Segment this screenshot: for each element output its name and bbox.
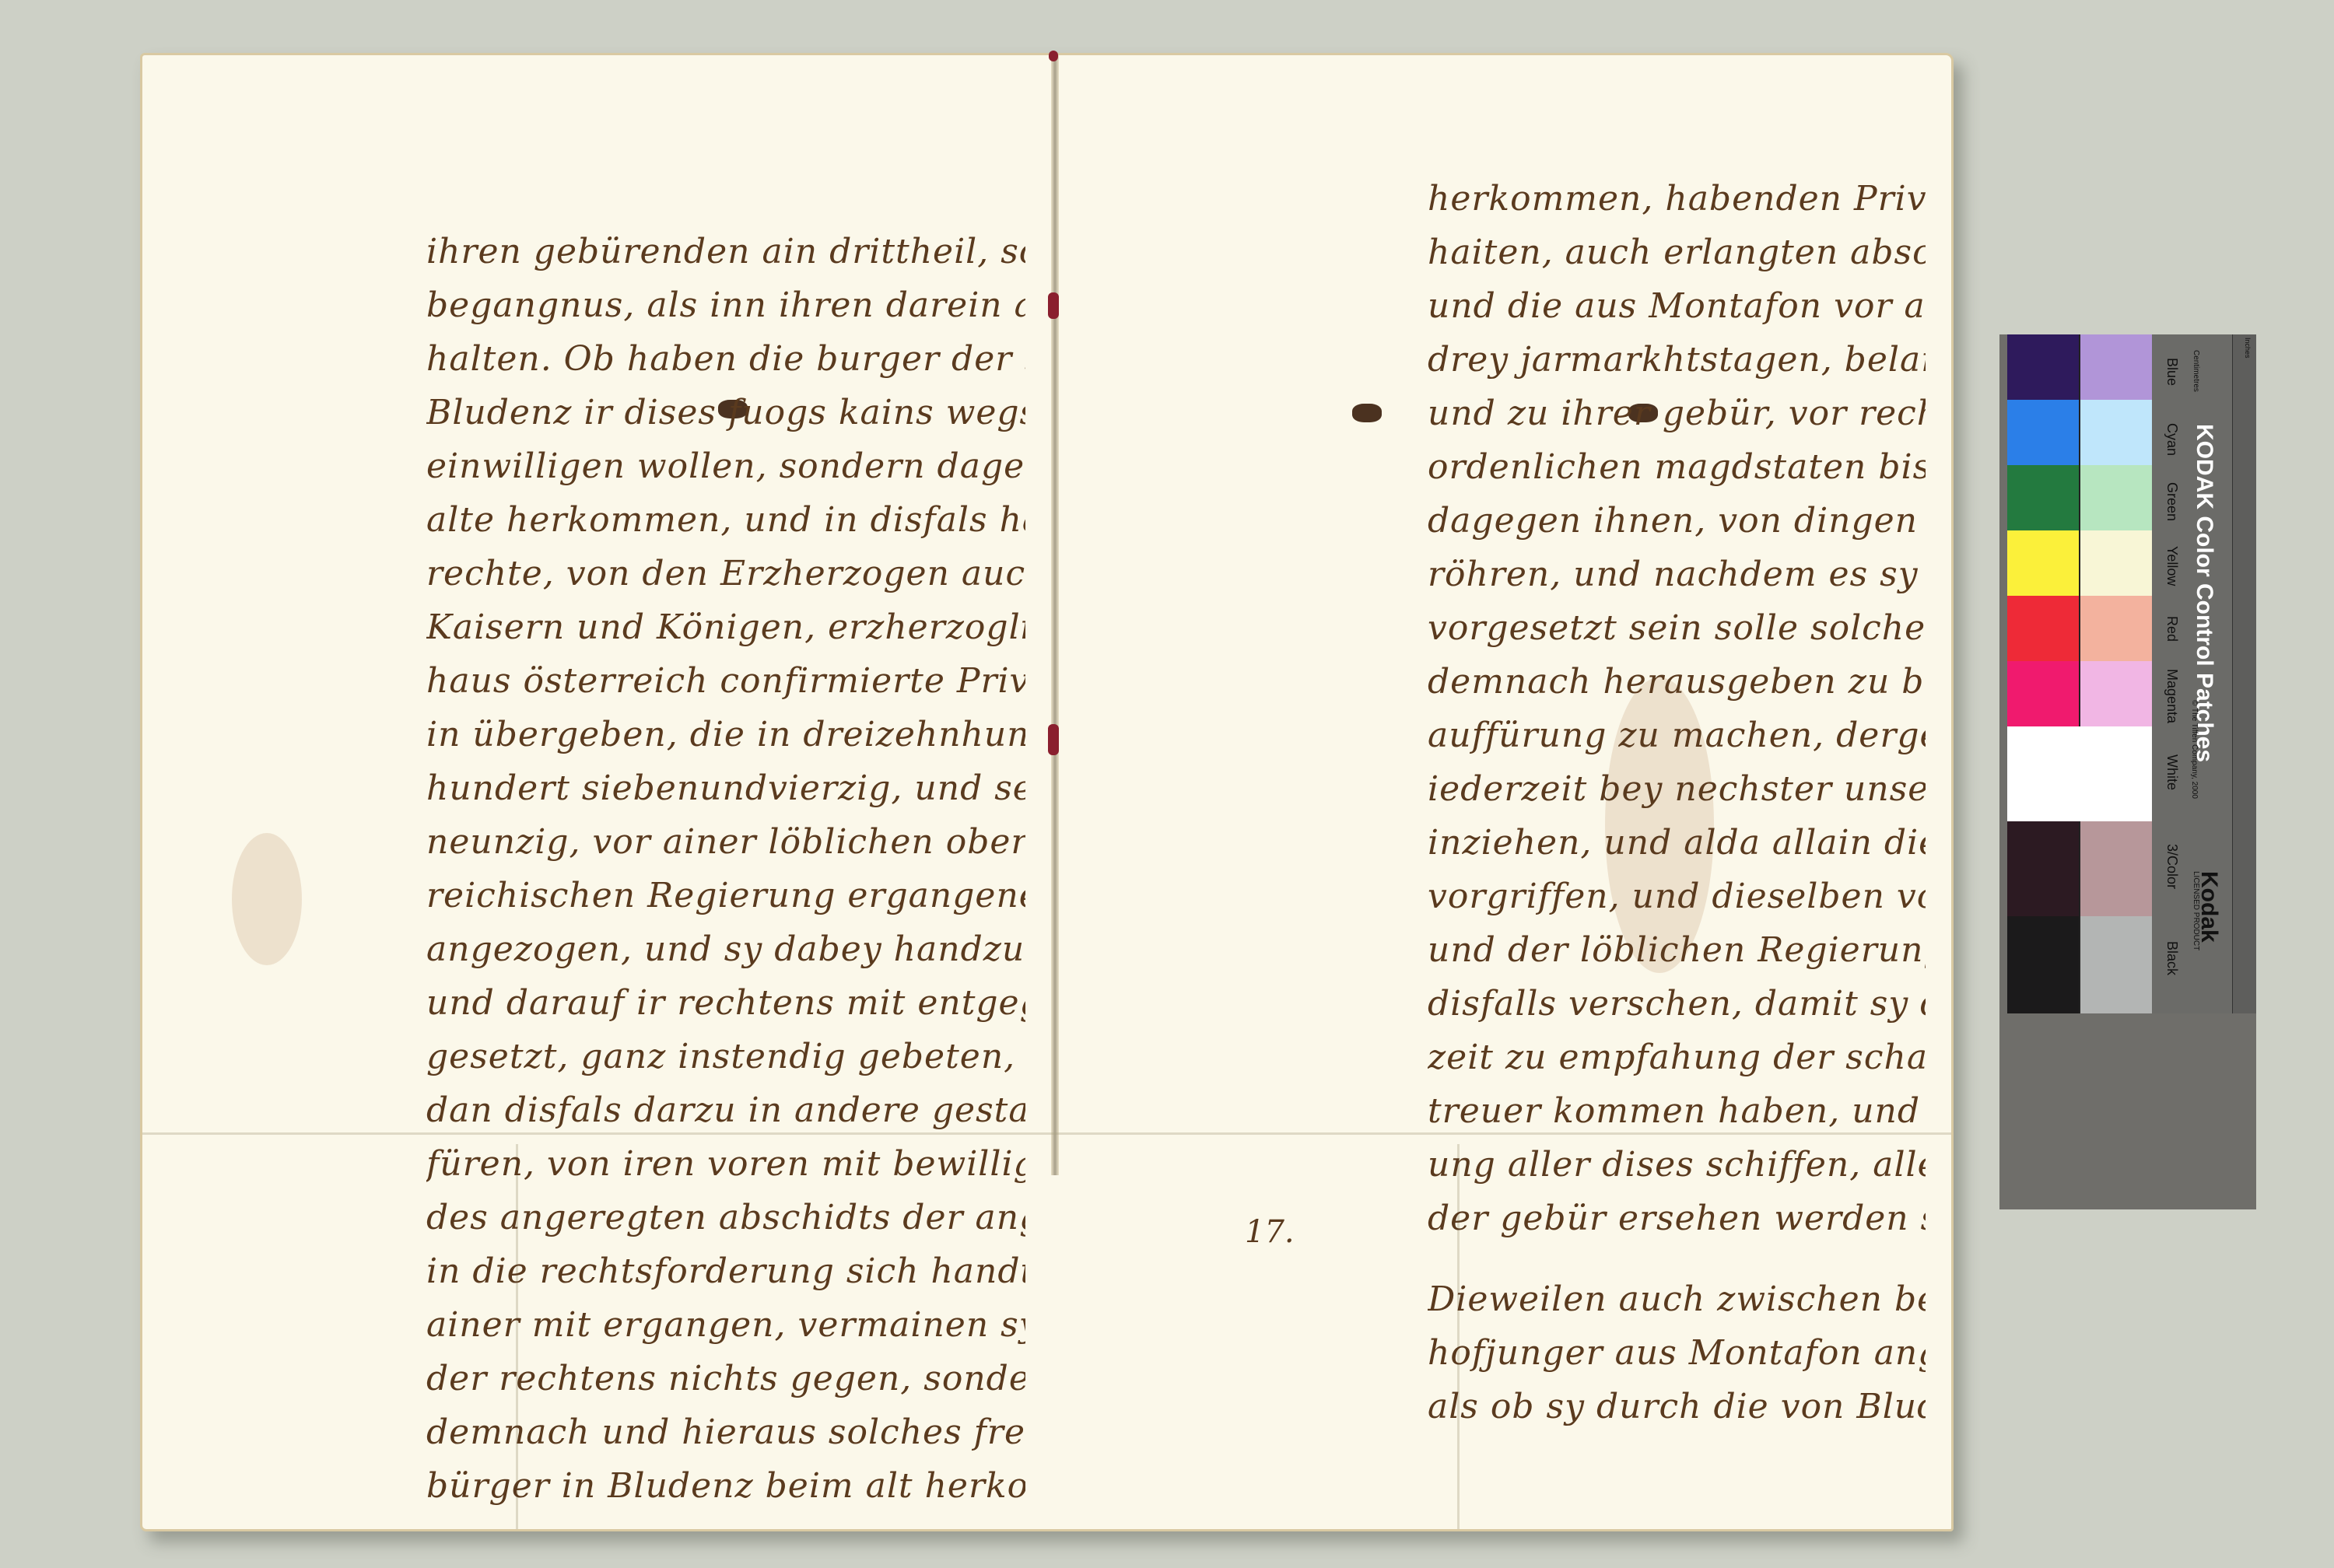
patch-red-light <box>2080 596 2152 661</box>
left-page-text: ihren gebürenden ain drittheil, sowol si… <box>426 225 1025 1513</box>
text-line: vorgriffen, und dieselben vor einer <box>1428 870 1926 923</box>
text-line: vorgesetzt sein solle solche durch ainen… <box>1428 601 1926 655</box>
inch-ruler: Inches <box>2232 334 2256 1013</box>
patch-cyan-light <box>2080 400 2152 465</box>
patch-red-dark <box>2007 596 2080 661</box>
text-line: Dieweilen auch zwischen berührten, die <box>1428 1272 1926 1326</box>
patch-blue-light <box>2080 334 2152 400</box>
text-line: dagegen ihnen, von dingen die wegen mit <box>1428 494 1926 548</box>
text-line: und zu ihrer gebür, vor rechten und <box>1428 387 1926 440</box>
text-line: reichischen Regierung ergangene abschide <box>426 869 1025 922</box>
text-line: auffürung zu machen, dergestalt, das <box>1428 709 1926 762</box>
text-line: zeit zu empfahung der schafft sachen <box>1428 1031 1926 1084</box>
patch-green-light <box>2080 465 2152 530</box>
patch-magenta-dark <box>2007 661 2080 726</box>
left-page: ihren gebürenden ain drittheil, sowol si… <box>142 55 1054 1529</box>
text-line: in die rechtsforderung sich handtstellun… <box>426 1244 1025 1298</box>
text-line: und die aus Montafon vor angeregten <box>1428 279 1926 333</box>
text-line: halten. Ob haben die burger der Stat <box>426 332 1025 386</box>
text-line: hofjunger aus Montafon angezogen, <box>1428 1326 1926 1380</box>
text-line: inziehen, und alda allain die schiffung <box>1428 816 1926 870</box>
patch-label-white: White <box>2164 754 2180 790</box>
text-line: demnach herausgeben zu bringen und <box>1428 655 1926 709</box>
text-line: bürger in Bludenz beim alt herkommen alt <box>426 1459 1025 1513</box>
right-page: herkommen, habenden Privilegien und Frey… <box>1054 55 1951 1529</box>
text-line: ung aller dises schiffen, allein kaines <box>1428 1138 1926 1192</box>
patch-yellow-dark <box>2007 530 2080 596</box>
text-line: disfalls verschen, damit sy dann alle <box>1428 977 1926 1031</box>
text-line: treuer kommen haben, und nach vorgang <box>1428 1084 1926 1138</box>
patch-label-blue: Blue <box>2164 358 2180 386</box>
text-line: begangnus, als inn ihren darein ab- <box>426 278 1025 332</box>
text-line: röhren, und nachdem es sy gerechten, bey <box>1428 548 1926 601</box>
patch-white <box>2007 726 2152 821</box>
patch-label-cyan: Cyan <box>2164 423 2180 456</box>
inches-label: Inches <box>2244 338 2252 359</box>
text-line: herkommen, habenden Privilegien und Frey… <box>1428 172 1926 226</box>
text-line: haus österreich confirmierte Privilegien <box>426 654 1025 708</box>
patch-cyan-dark <box>2007 400 2080 465</box>
text-line: hundert siebenundvierzig, und sechsund- <box>426 761 1025 815</box>
text-line: des angeregten abschidts der angebene <box>426 1191 1025 1244</box>
text-line: füren, von iren voren mit bewilligt, auc… <box>426 1137 1025 1191</box>
text-line: haiten, auch erlangten abschiden gelasse… <box>1428 226 1926 279</box>
text-line: rechte, von den Erzherzogen auch Römisch <box>426 547 1025 600</box>
patch-black-light <box>2080 916 2152 1013</box>
patch-label-yellow: Yellow <box>2164 546 2180 586</box>
text-line: ordenlichen magdstaten bis dato gehalten <box>1428 440 1926 494</box>
patch-green-dark <box>2007 465 2080 530</box>
text-line: iederzeit bey nechster unser schafft <box>1428 762 1926 816</box>
paragraph-gap <box>1428 1245 1926 1272</box>
text-line: drey jarmarkhtstagen, belangend, <box>1428 333 1926 387</box>
text-line: der rechtens nichts gegen, sondern wolle… <box>426 1352 1025 1405</box>
patch-label-black: Black <box>2164 941 2180 975</box>
text-line: einwilligen wollen, sondern dagegen, das <box>426 439 1025 493</box>
text-line: und der löblichen Regierung daselbsten <box>1428 923 1926 977</box>
kodak-licensed: LICENSED PRODUCT <box>2192 871 2200 950</box>
manuscript-spread: ihren gebürenden ain drittheil, sowol si… <box>140 53 1954 1531</box>
text-line: dan disfals darzu in andere gestalt zu <box>426 1083 1025 1137</box>
patch-blue-dark <box>2007 334 2080 400</box>
text-line: als ob sy durch die von Bludenz in ihren <box>1428 1380 1926 1433</box>
text-line: alte herkommen, und in disfals habende <box>426 493 1025 547</box>
text-line: ainer mit ergangen, vermainen sy zu <box>426 1298 1025 1352</box>
patch-label-magenta: Magenta <box>2164 669 2180 723</box>
text-line: der gebür ersehen werden solle. <box>1428 1192 1926 1245</box>
text-line: angezogen, und sy dabey handzuhaben, <box>426 922 1025 976</box>
text-line: in übergeben, die in dreizehnhundert <box>426 708 1025 761</box>
patch-label-green: Green <box>2164 482 2180 521</box>
patch-yellow-light <box>2080 530 2152 596</box>
centimetres-label: Centimetres <box>2192 350 2200 392</box>
patch-label-red: Red <box>2164 616 2180 642</box>
text-line: Kaisern und Königen, erzherzogliche <box>426 600 1025 654</box>
patch-magenta-light <box>2080 661 2152 726</box>
patch-label-3color: 3/Color <box>2164 844 2180 889</box>
text-line: gesetzt, ganz instendig gebeten, weil sy <box>426 1030 1025 1083</box>
right-page-text: herkommen, habenden Privilegien und Frey… <box>1428 172 1926 1433</box>
kodak-color-chart: Blue Cyan Green Yellow Red Magenta White… <box>1999 334 2256 1209</box>
patch-3color-light <box>2080 821 2152 916</box>
text-line: ihren gebürenden ain drittheil, sowol si… <box>426 225 1025 278</box>
text-line: neunzig, vor ainer löblichen oberösterr. <box>426 815 1025 869</box>
section-number: 17. <box>1245 1214 1295 1250</box>
text-line: und darauf ir rechtens mit entgegen <box>426 976 1025 1030</box>
text-line: Bludenz ir dises fuogs kains wegs ein <box>426 386 1025 439</box>
text-line: demnach und hieraus solches freiheit der <box>426 1405 1025 1459</box>
patch-black-dark <box>2007 916 2080 1013</box>
patch-3color-dark <box>2007 821 2080 916</box>
chart-copyright: © The Tiffen Company, 2000 <box>2190 700 2199 799</box>
